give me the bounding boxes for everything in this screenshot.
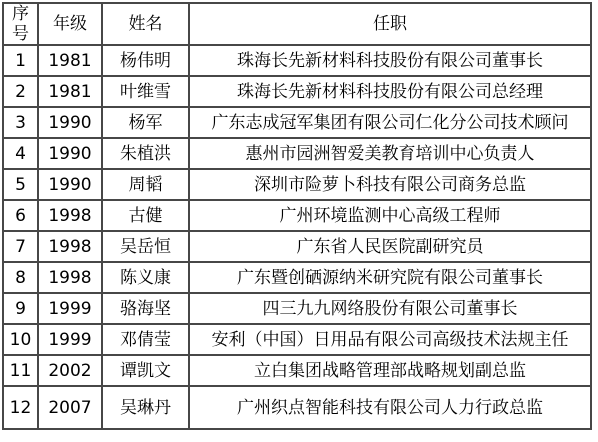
- cell-index: 1: [3, 45, 38, 76]
- cell-year: 2007: [38, 386, 102, 429]
- cell-year: 1999: [38, 293, 102, 324]
- cell-position: 广东暨创硒源纳米研究院有限公司董事长: [189, 262, 591, 293]
- table-row: 6 1998 古健 广州环境监测中心高级工程师: [3, 200, 591, 231]
- cell-position: 珠海长先新材料科技股份有限公司总经理: [189, 76, 591, 107]
- cell-position: 惠州市园洲智爱美教育培训中心负责人: [189, 138, 591, 169]
- column-header-name: 姓名: [102, 3, 189, 45]
- cell-year: 1990: [38, 107, 102, 138]
- cell-year: 1998: [38, 200, 102, 231]
- cell-name: 吴岳恒: [102, 231, 189, 262]
- cell-index: 2: [3, 76, 38, 107]
- cell-year: 1990: [38, 169, 102, 200]
- table-row: 10 1999 邓倩莹 安利（中国）日用品有限公司高级技术法规主任: [3, 324, 591, 355]
- cell-year: 2002: [38, 355, 102, 386]
- cell-index: 6: [3, 200, 38, 231]
- table-row: 5 1990 周韬 深圳市险萝卜科技有限公司商务总监: [3, 169, 591, 200]
- table-row: 11 2002 谭凯文 立白集团战略管理部战略规划副总监: [3, 355, 591, 386]
- table-row: 1 1981 杨伟明 珠海长先新材料科技股份有限公司董事长: [3, 45, 591, 76]
- column-header-position: 任职: [189, 3, 591, 45]
- cell-name: 吴琳丹: [102, 386, 189, 429]
- cell-name: 陈义康: [102, 262, 189, 293]
- cell-year: 1998: [38, 262, 102, 293]
- cell-position: 深圳市险萝卜科技有限公司商务总监: [189, 169, 591, 200]
- cell-position: 广东省人民医院副研究员: [189, 231, 591, 262]
- cell-index: 11: [3, 355, 38, 386]
- cell-index: 7: [3, 231, 38, 262]
- table-row: 9 1999 骆海坚 四三九九网络股份有限公司董事长: [3, 293, 591, 324]
- cell-index: 9: [3, 293, 38, 324]
- page: { "colors": { "background": "#ffffff", "…: [0, 0, 598, 442]
- cell-index: 10: [3, 324, 38, 355]
- cell-name: 叶维雪: [102, 76, 189, 107]
- cell-name: 杨军: [102, 107, 189, 138]
- cell-year: 1998: [38, 231, 102, 262]
- table-row: 7 1998 吴岳恒 广东省人民医院副研究员: [3, 231, 591, 262]
- cell-position: 立白集团战略管理部战略规划副总监: [189, 355, 591, 386]
- cell-year: 1981: [38, 76, 102, 107]
- cell-name: 谭凯文: [102, 355, 189, 386]
- cell-name: 朱植洪: [102, 138, 189, 169]
- cell-name: 周韬: [102, 169, 189, 200]
- cell-index: 3: [3, 107, 38, 138]
- cell-year: 1990: [38, 138, 102, 169]
- cell-year: 1999: [38, 324, 102, 355]
- cell-index: 5: [3, 169, 38, 200]
- cell-position: 四三九九网络股份有限公司董事长: [189, 293, 591, 324]
- table-row: 2 1981 叶维雪 珠海长先新材料科技股份有限公司总经理: [3, 76, 591, 107]
- cell-position: 广东志成冠军集团有限公司仁化分公司技术顾问: [189, 107, 591, 138]
- cell-index: 8: [3, 262, 38, 293]
- table-row: 8 1998 陈义康 广东暨创硒源纳米研究院有限公司董事长: [3, 262, 591, 293]
- table-row: 12 2007 吴琳丹 广州织点智能科技有限公司人力行政总监: [3, 386, 591, 429]
- table-row: 3 1990 杨军 广东志成冠军集团有限公司仁化分公司技术顾问: [3, 107, 591, 138]
- cell-year: 1981: [38, 45, 102, 76]
- header-row: 序号 年级 姓名 任职: [3, 3, 591, 45]
- column-header-index: 序号: [3, 3, 38, 45]
- cell-position: 广州织点智能科技有限公司人力行政总监: [189, 386, 591, 429]
- cell-name: 骆海坚: [102, 293, 189, 324]
- cell-name: 杨伟明: [102, 45, 189, 76]
- cell-position: 珠海长先新材料科技股份有限公司董事长: [189, 45, 591, 76]
- cell-index: 4: [3, 138, 38, 169]
- cell-position: 安利（中国）日用品有限公司高级技术法规主任: [189, 324, 591, 355]
- cell-name: 邓倩莹: [102, 324, 189, 355]
- table-row: 4 1990 朱植洪 惠州市园洲智爱美教育培训中心负责人: [3, 138, 591, 169]
- cell-position: 广州环境监测中心高级工程师: [189, 200, 591, 231]
- cell-name: 古健: [102, 200, 189, 231]
- cell-index: 12: [3, 386, 38, 429]
- table-body: 1 1981 杨伟明 珠海长先新材料科技股份有限公司董事长 2 1981 叶维雪…: [3, 45, 591, 429]
- column-header-year: 年级: [38, 3, 102, 45]
- alumni-roster-table: 序号 年级 姓名 任职 1 1981 杨伟明 珠海长先新材料科技股份有限公司董事…: [2, 2, 592, 430]
